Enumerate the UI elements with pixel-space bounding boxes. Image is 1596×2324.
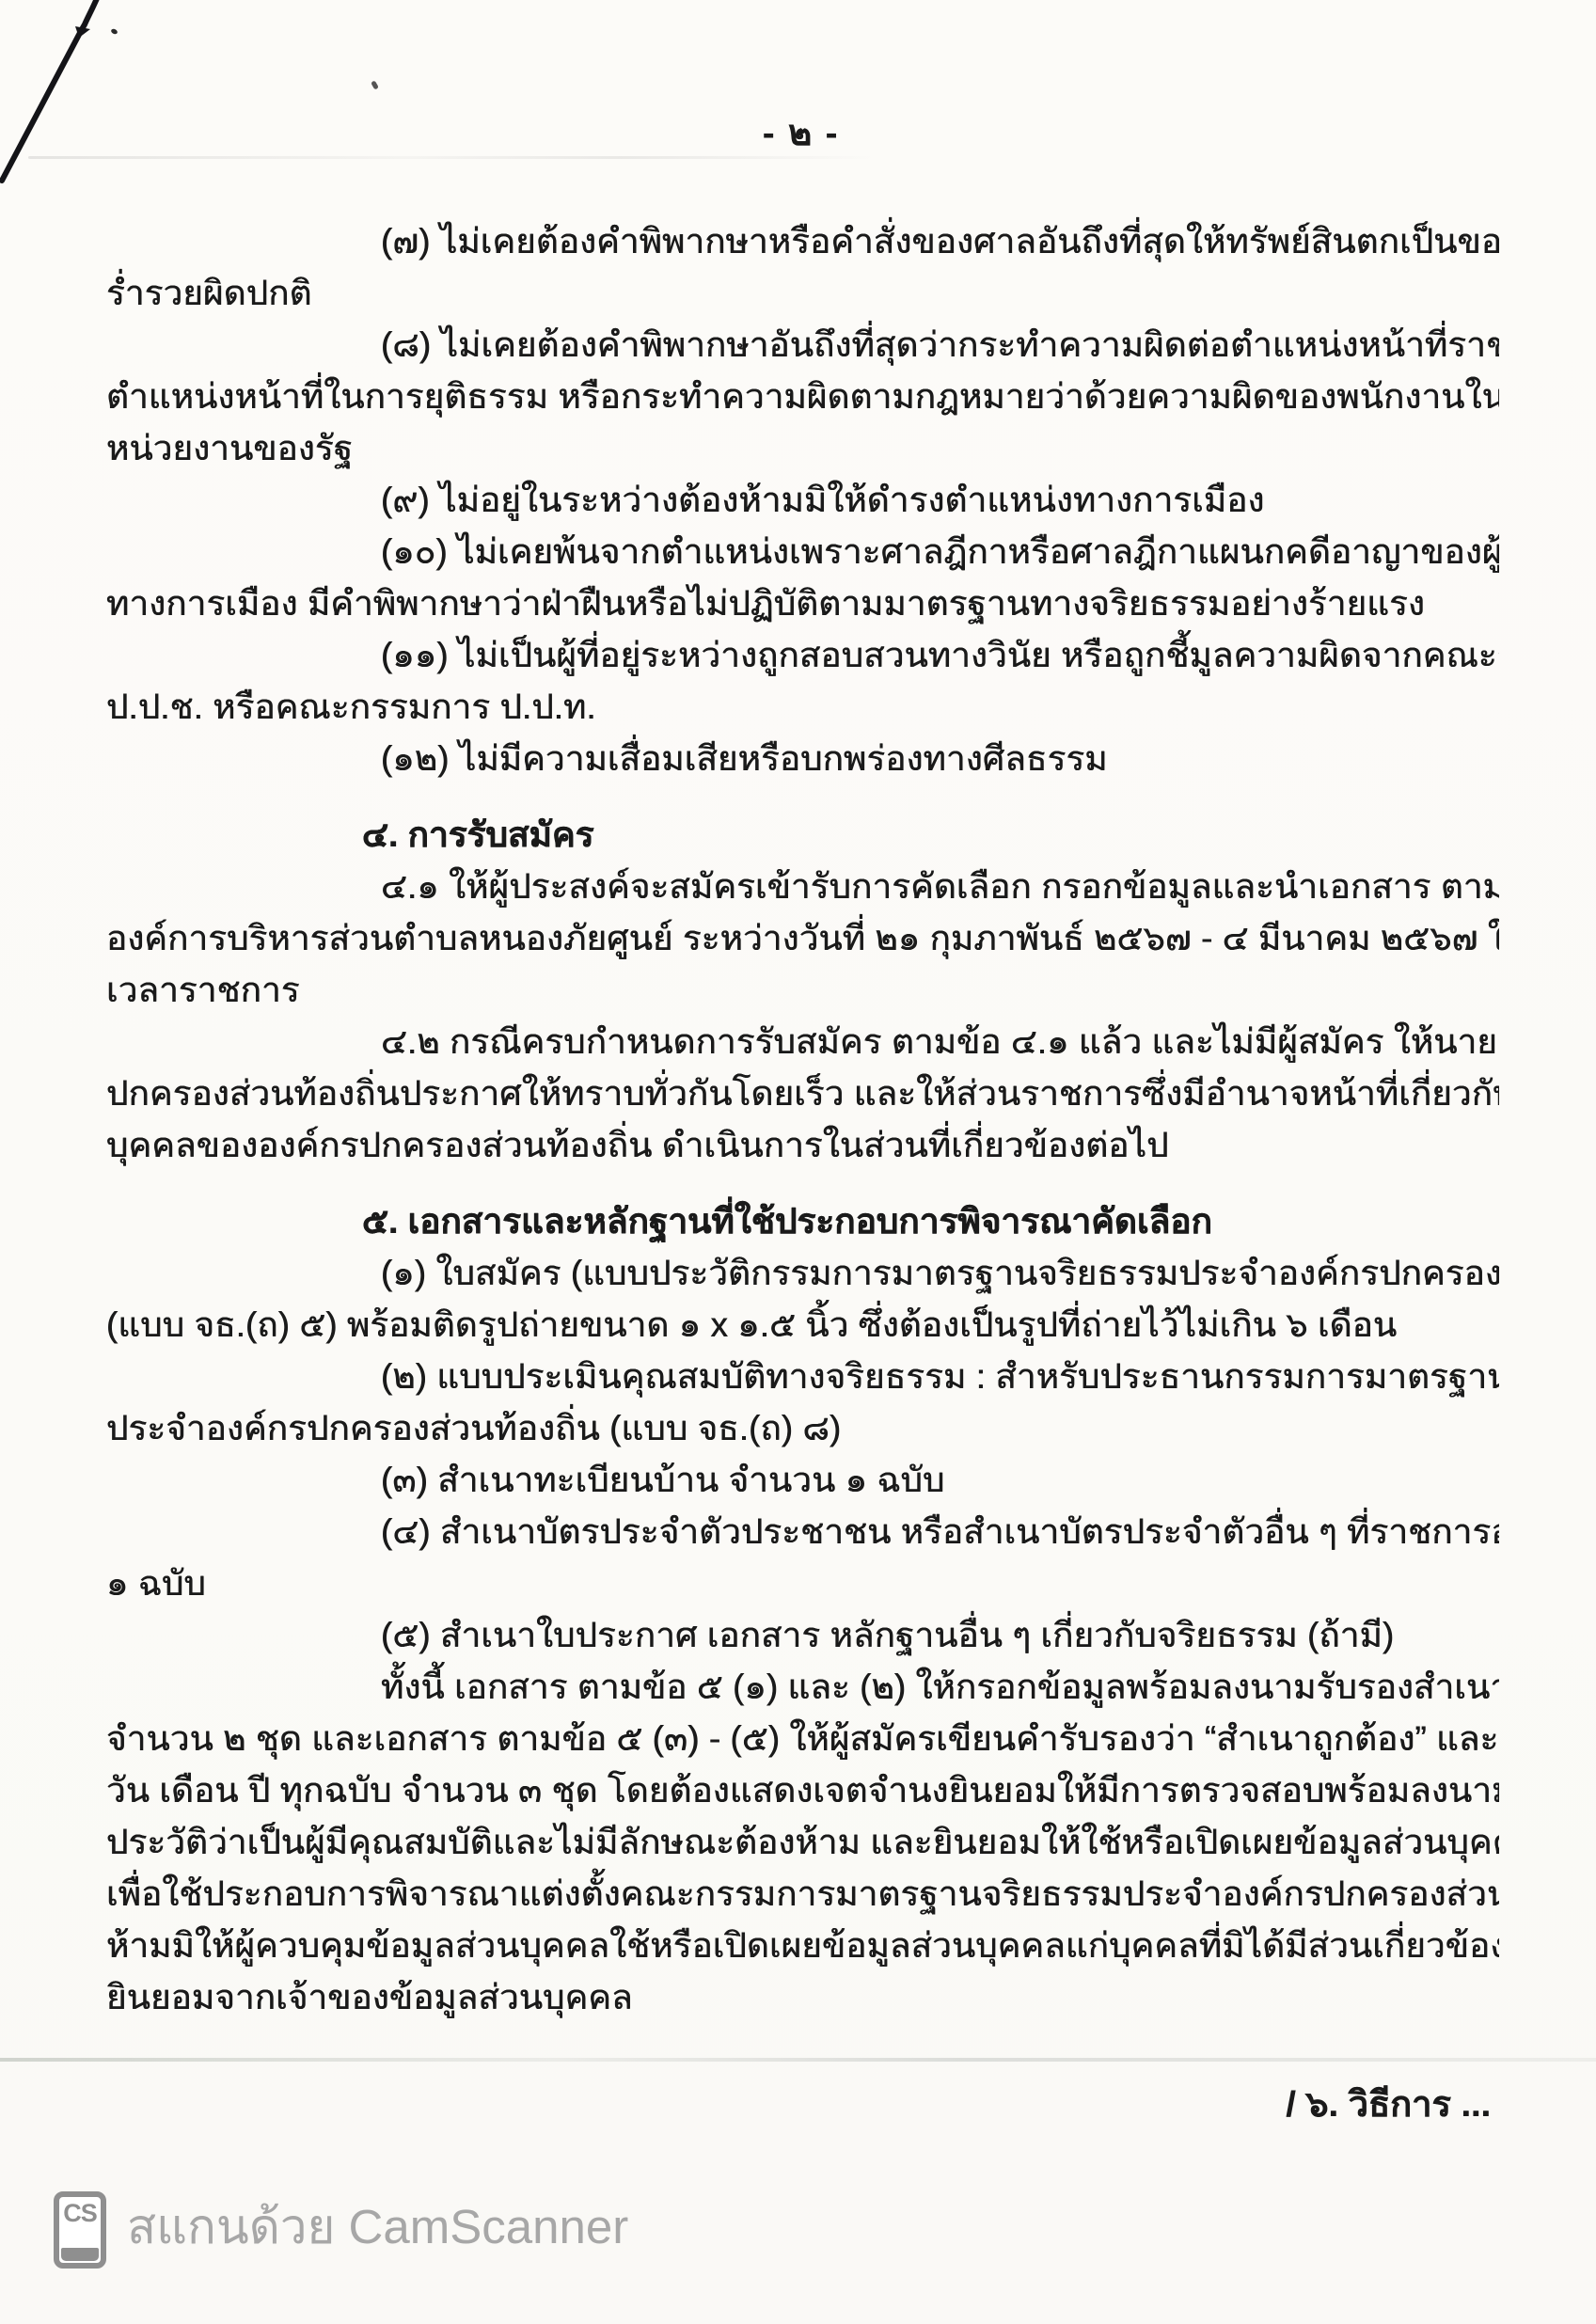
text-line: (๙) ไม่อยู่ในระหว่างต้องห้ามมิให้ดำรงตำแ… [106, 474, 1499, 526]
camscanner-label: สแกนด้วย CamScanner [127, 2191, 628, 2263]
camscanner-icon-bar [61, 2248, 99, 2261]
camscanner-icon: CS [54, 2191, 106, 2269]
scanned-document-page: - ๒ - (๗) ไม่เคยต้องคำพิพากษาหรือคำสั่งข… [0, 0, 1596, 2324]
text-line: ป.ป.ช. หรือคณะกรรมการ ป.ป.ท. [106, 681, 1499, 733]
page-number: - ๒ - [106, 103, 1495, 161]
text-line: จำนวน ๒ ชุด และเอกสาร ตามข้อ ๕ (๓) - (๕)… [106, 1713, 1499, 1764]
text-line: เพื่อใช้ประกอบการพิจารณาแต่งตั้งคณะกรรมก… [106, 1868, 1499, 1920]
text-line: (๘) ไม่เคยต้องคำพิพากษาอันถึงที่สุดว่ากร… [106, 319, 1499, 371]
text-line: (๑) ใบสมัคร (แบบประวัติกรรมการมาตรฐานจริ… [106, 1247, 1499, 1299]
text-line: (๔) สำเนาบัตรประจำตัวประชาชน หรือสำเนาบั… [106, 1506, 1499, 1557]
text-line: หน่วยงานของรัฐ [106, 422, 1499, 474]
text-line: ห้ามมิให้ผู้ควบคุมข้อมูลส่วนบุคคลใช้หรือ… [106, 1920, 1499, 1971]
section-heading: ๕. เอกสารและหลักฐานที่ใช้ประกอบการพิจารณ… [106, 1195, 1499, 1247]
scan-speck [110, 28, 118, 35]
text-line: (แบบ จธ.(ถ) ๕) พร้อมติดรูปถ่ายขนาด ๑ x ๑… [106, 1299, 1499, 1351]
text-line: ๑ ฉบับ [106, 1557, 1499, 1609]
text-line: เวลาราชการ [106, 964, 1499, 1016]
text-line: (๓) สำเนาทะเบียนบ้าน จำนวน ๑ ฉบับ [106, 1454, 1499, 1506]
text-line: ปกครองส่วนท้องถิ่นประกาศให้ทราบทั่วกันโด… [106, 1067, 1499, 1119]
text-line: ตำแหน่งหน้าที่ในการยุติธรรม หรือกระทำควา… [106, 371, 1499, 422]
section-heading: ๔. การรับสมัคร [106, 809, 1499, 861]
text-line: ทั้งนี้ เอกสาร ตามข้อ ๕ (๑) และ (๒) ให้ก… [106, 1661, 1499, 1713]
text-line: (๒) แบบประเมินคุณสมบัติทางจริยธรรม : สำห… [106, 1351, 1499, 1402]
text-line: (๑๐) ไม่เคยพ้นจากตำแหน่งเพราะศาลฎีกาหรือ… [106, 526, 1499, 577]
scan-artifact-streak [0, 2058, 1596, 2062]
text-line: ๔.๒ กรณีครบกำหนดการรับสมัคร ตามข้อ ๔.๑ แ… [106, 1016, 1499, 1067]
text-line: ร่ำรวยผิดปกติ [106, 267, 1499, 319]
scan-speck [371, 80, 379, 89]
camscanner-icon-label: CS [59, 2199, 101, 2228]
text-line: (๕) สำเนาใบประกาศ เอกสาร หลักฐานอื่น ๆ เ… [106, 1609, 1499, 1661]
document-body: (๗) ไม่เคยต้องคำพิพากษาหรือคำสั่งของศาลอ… [106, 215, 1499, 2023]
text-line: (๑๑) ไม่เป็นผู้ที่อยู่ระหว่างถูกสอบสวนทา… [106, 629, 1499, 681]
text-line: (๗) ไม่เคยต้องคำพิพากษาหรือคำสั่งของศาลอ… [106, 215, 1499, 267]
text-line: ประวัติว่าเป็นผู้มีคุณสมบัติและไม่มีลักษ… [106, 1816, 1499, 1868]
text-line: บุคคลขององค์กรปกครองส่วนท้องถิ่น ดำเนินก… [106, 1119, 1499, 1171]
text-line: ยินยอมจากเจ้าของข้อมูลส่วนบุคคล [106, 1971, 1499, 2023]
text-line: ประจำองค์กรปกครองส่วนท้องถิ่น (แบบ จธ.(ถ… [106, 1402, 1499, 1454]
camscanner-watermark: CS สแกนด้วย CamScanner [54, 2191, 628, 2269]
continuation-note: / ๖. วิธีการ ... [1286, 2075, 1491, 2132]
text-line: ๔.๑ ให้ผู้ประสงค์จะสมัครเข้ารับการคัดเลื… [106, 861, 1499, 912]
text-line: วัน เดือน ปี ทุกฉบับ จำนวน ๓ ชุด โดยต้อง… [106, 1764, 1499, 1816]
text-line: (๑๒) ไม่มีความเสื่อมเสียหรือบกพร่องทางศี… [106, 733, 1499, 784]
text-line: ทางการเมือง มีคำพิพากษาว่าฝ่าฝืนหรือไม่ป… [106, 577, 1499, 629]
text-line: องค์การบริหารส่วนตำบลหนองภัยศูนย์ ระหว่า… [106, 912, 1499, 964]
